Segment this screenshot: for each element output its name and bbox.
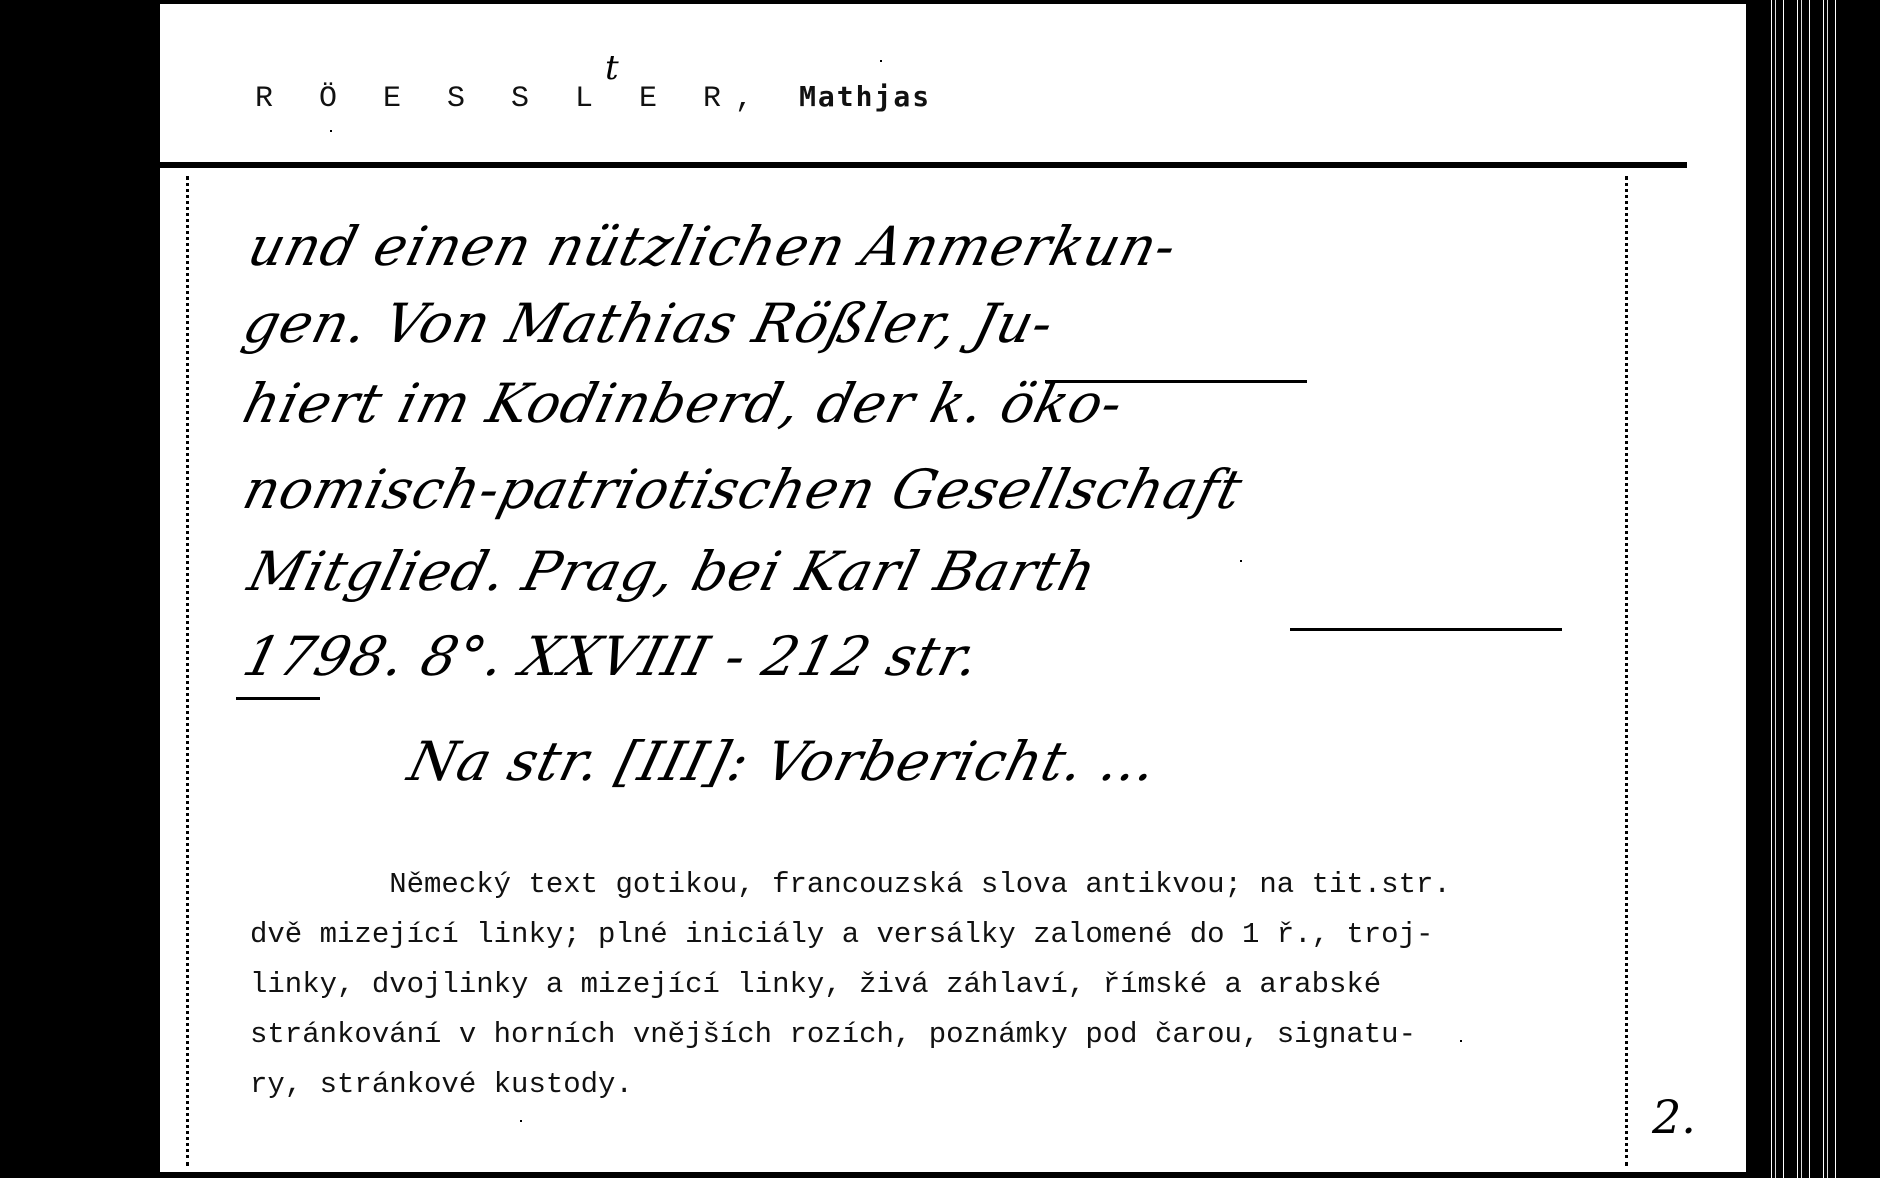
handwritten-note: Na str. [III]: Vorbericht. ... [402,730,1164,793]
underline-year [236,697,320,700]
typed-line-1: Německý text gotikou, francouzská slova … [250,860,1630,910]
page-number: 2. [1652,1090,1696,1144]
typed-line-3: linky, dvojlinky a mizející linky, živá … [250,960,1630,1010]
typed-description: Německý text gotikou, francouzská slova … [250,860,1630,1110]
author-given-name: Mathjas [799,80,931,113]
handwritten-line-4: nomisch-patriotischen Gesellschaft [237,458,1249,521]
scan-speck [1240,560,1242,562]
scanner-edge-stripes [1766,0,1840,1178]
scan-speck [520,1120,522,1122]
typed-line-2: dvě mizející linky; plné iniciály a vers… [250,910,1630,960]
handwritten-line-2: gen. Von Mathias Rößler, Ju- [237,292,1061,355]
scan-speck [330,130,332,132]
typed-line-5: ry, stránkové kustody. [250,1060,1630,1110]
scan-speck [880,60,882,62]
author-surname: R Ö E S S L E R, [255,82,767,116]
underline-publisher [1290,628,1562,631]
card-header: R Ö E S S L E R, Mathjas [255,80,931,116]
handwritten-line-5: Mitglied. Prag, bei Karl Barth [242,540,1103,603]
handwritten-line-1: und einen nützlichen Anmerkun- [242,215,1183,278]
handwritten-line-6: 1798. 8°. XXVIII - 212 str. [237,625,986,688]
handwritten-correction: t [605,48,619,88]
underline-author-name [1045,380,1307,383]
typed-line-4: stránkování v horních vnějších rozích, p… [250,1010,1630,1060]
scan-speck [1460,1040,1462,1042]
header-divider [160,162,1687,168]
handwritten-line-3: hiert im Kodinberd, der k. öko- [237,372,1130,435]
left-margin-dotted-line [186,176,189,1166]
